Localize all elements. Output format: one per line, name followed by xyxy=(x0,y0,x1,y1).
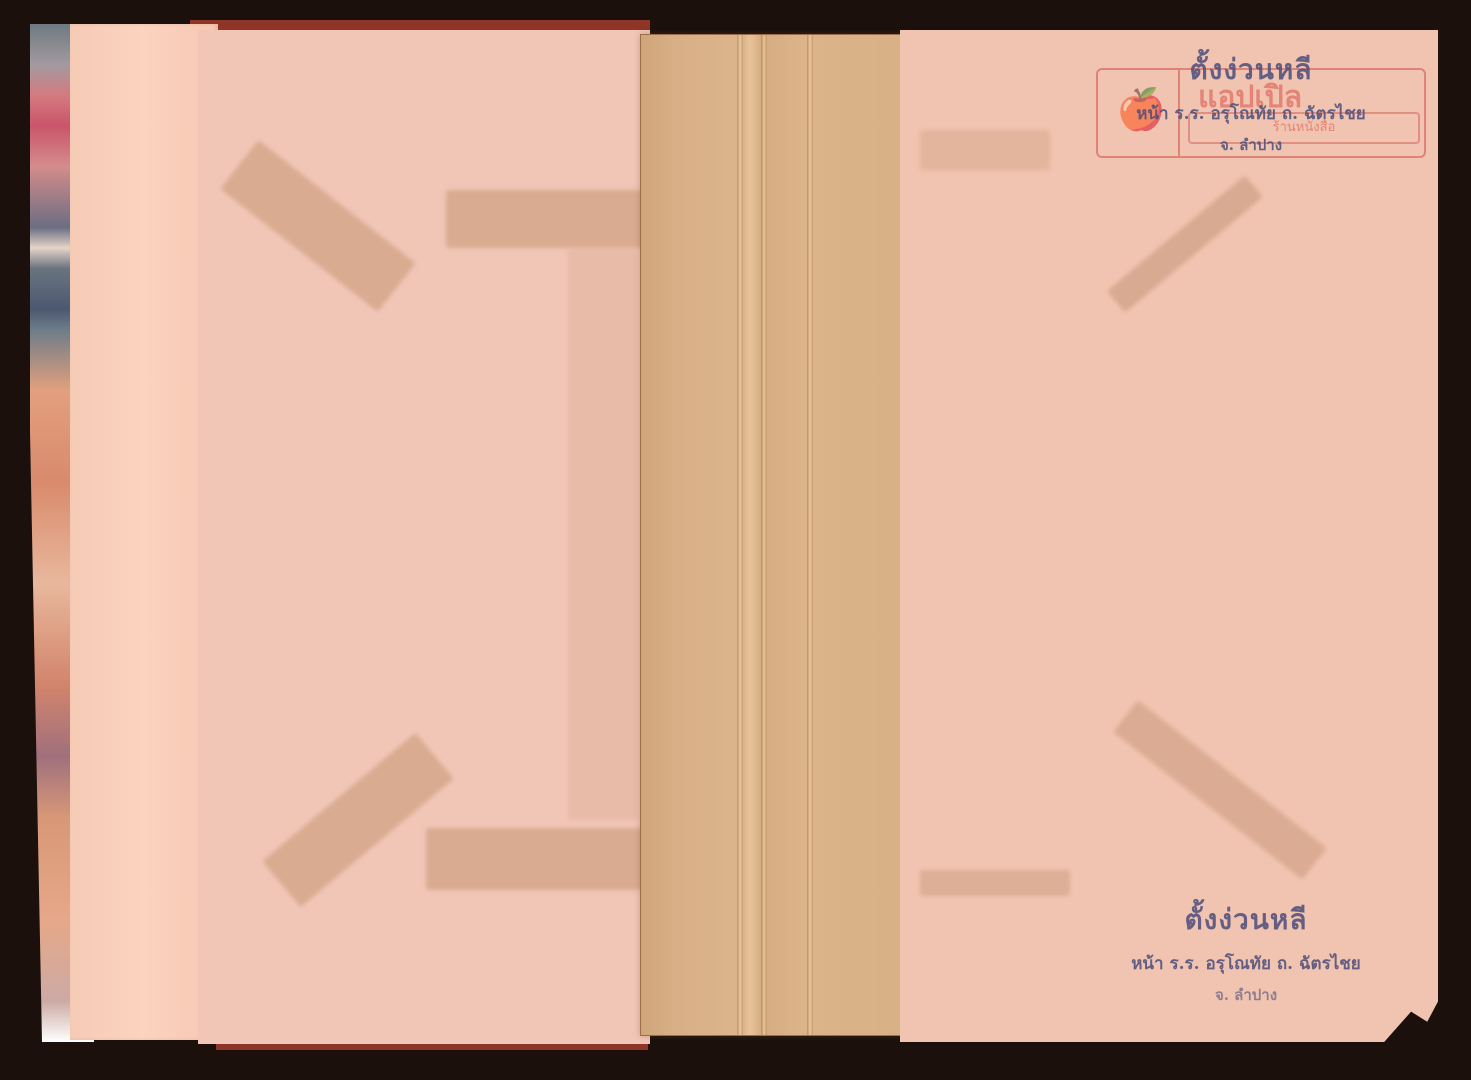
endpaper-left xyxy=(198,30,650,1044)
hinge-fold xyxy=(807,35,813,1035)
endpaper-right xyxy=(900,30,1438,1042)
tape-stain xyxy=(1107,175,1263,312)
stamp-shop-name: ตั้งง่วนหลี xyxy=(1066,48,1436,92)
kraft-paper-hinge xyxy=(640,34,914,1036)
tape-stain xyxy=(568,250,638,820)
stamp-address: หน้า ร.ร. อรุโณทัย ถ. ฉัตรไชย xyxy=(1056,950,1436,977)
stamp-province: จ. ลำปาง xyxy=(1056,983,1436,1007)
stamp-shop-name: ตั้งง่วนหลี xyxy=(1056,898,1436,942)
hinge-fold xyxy=(737,35,743,1035)
tape-stain xyxy=(920,870,1070,896)
stamp-province: จ. ลำปาง xyxy=(1066,133,1436,157)
tape-stain xyxy=(920,130,1050,170)
shop-stamp-top: ตั้งง่วนหลี หน้า ร.ร. อรุโณทัย ถ. ฉัตรไช… xyxy=(1066,48,1436,157)
tape-stain xyxy=(220,140,416,312)
hinge-fold xyxy=(761,35,767,1035)
spine-cloth-strip xyxy=(70,24,218,1040)
tape-stain xyxy=(426,828,646,890)
tape-stain xyxy=(1113,700,1327,879)
tape-stain xyxy=(446,190,646,248)
shop-stamp-bottom: ตั้งง่วนหลี หน้า ร.ร. อรุโณทัย ถ. ฉัตรไช… xyxy=(1056,898,1436,1007)
stamp-address: หน้า ร.ร. อรุโณทัย ถ. ฉัตรไชย xyxy=(1066,100,1436,127)
